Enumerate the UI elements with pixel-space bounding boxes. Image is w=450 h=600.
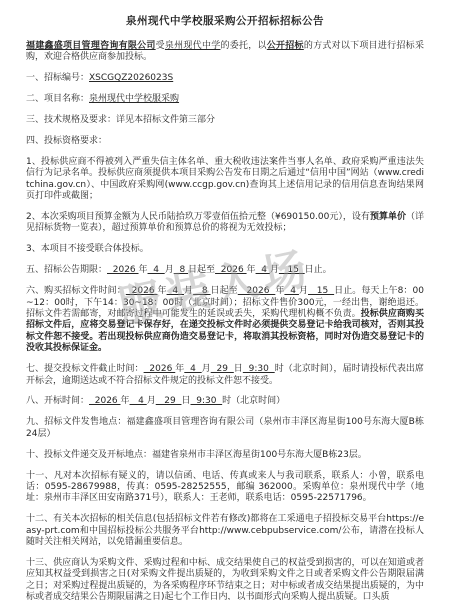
intro-paragraph: 福建鑫盛项目管理咨询有限公司受泉州现代中学的委托，以公开招标的方式对以下项目进行… <box>26 41 424 64</box>
text-segment: 4 <box>167 286 184 296</box>
text-segment: 年 <box>139 265 148 275</box>
text-segment: 福建鑫盛项目管理咨询有限公司 <box>26 41 156 51</box>
text-segment: 三、技术规格及要求：详见本招标文件第三部分 <box>26 115 215 125</box>
section-5-announcement-period: 五、招标公告期限： 2026 年 4 月 8 日起至 2026 年 4 月 15… <box>26 265 424 276</box>
text-segment: 2026 <box>238 286 276 296</box>
text-segment: 3、本项目不接受联合体投标。 <box>26 244 149 254</box>
text-segment: 日 <box>234 364 243 374</box>
text-segment: 日起至 <box>211 286 238 296</box>
text-segment: 月 <box>270 265 279 275</box>
text-segment: 一、招标编号： <box>26 73 89 83</box>
text-segment: 4 <box>256 265 270 275</box>
text-segment: 8 <box>174 265 188 275</box>
text-segment: 七、提交投标文件截止时间： <box>26 364 144 374</box>
section-8-opening-time: 八、开标时间： 2026 年 4 月 29 日 9:30 时（北京时间） <box>26 396 424 407</box>
text-segment: 4 <box>184 364 201 374</box>
text-segment: 日 <box>181 396 190 406</box>
section-13-objection: 十三、供应商认为采购文件、采购过程和中标、成交结果使自己的权益受到损害的，可以在… <box>26 558 424 600</box>
section-4-item-2: 2、本次采购项目预算金额为人民币陆拾玖万零壹佰伍拾元整（¥690150.00元）… <box>26 212 424 235</box>
text-segment: 4 <box>284 286 299 296</box>
text-segment: 四、投标资格要求： <box>26 136 107 146</box>
text-segment: 时（北京时间） <box>222 396 285 406</box>
text-segment: 9:30 <box>191 396 223 406</box>
text-segment: 受 <box>156 41 165 51</box>
text-segment: 月 <box>147 396 156 406</box>
text-segment: 二、项目名称： <box>26 94 89 104</box>
text-segment: 泉州现代中学 <box>165 41 221 51</box>
section-9-sale-location: 九、招标文件发售地点：福建鑫盛项目管理咨询有限公司（泉州市丰泽区海星街100号东… <box>26 417 424 440</box>
section-10-opening-location: 十、投标文件递交及开标地点：福建省泉州市丰泽区海星街100号东海大厦B栋23层。 <box>26 450 424 461</box>
text-segment: 29 <box>211 364 234 374</box>
document-page: 泉州现代中学校服采购公开招标招标公告 福建鑫盛项目管理咨询有限公司受泉州现代中学… <box>0 0 450 600</box>
text-segment: 六、购买招标文件时间： <box>26 286 126 296</box>
text-segment: 月 <box>165 265 174 275</box>
text-segment: 8 <box>193 286 210 296</box>
text-segment: 2026 <box>89 396 121 406</box>
section-6-purchase-time: 六、购买招标文件时间： 2026 年 4 月 8 日起至 2026 年 4 月 … <box>26 286 424 354</box>
section-3-specs: 三、技术规格及要求：详见本招标文件第三部分 <box>26 115 424 126</box>
section-2-project-name: 二、项目名称：泉州现代中学校服采购 <box>26 94 424 105</box>
text-segment: 日止。 <box>305 265 332 275</box>
text-segment: 1、投标供应商不得被列入严重失信主体名单、重大税收违法案件当事人名单、政府采购严… <box>26 157 424 201</box>
text-segment: 年 <box>175 364 184 374</box>
text-segment: 2、本次采购项目预算金额为人民币陆拾玖万零壹佰伍拾元整（¥690150.00元）… <box>26 212 370 222</box>
text-segment: 十一、凡对本次招标有疑义的，请以信函、电话、传真或来人与我司联系，联系人：小曾，… <box>26 471 424 504</box>
text-segment: 十三、供应商认为采购文件、采购过程和中标、成交结果使自己的权益受到损害的，可以在… <box>26 558 424 600</box>
text-segment: 十、投标文件递交及开标地点：福建省泉州市丰泽区海星街100号东海大厦B栋23层。 <box>26 450 367 460</box>
document-paragraphs: 福建鑫盛项目管理咨询有限公司受泉州现代中学的委托，以公开招标的方式对以下项目进行… <box>26 41 424 600</box>
text-segment: 九、招标文件发售地点：福建鑫盛项目管理咨询有限公司（泉州市丰泽区海星街100号东… <box>26 417 424 438</box>
section-12-platforms: 十二、有关本次招标的相关信息(包括招标文件若有修改)都将在工采通电子招投标交易平… <box>26 514 424 548</box>
text-segment: 年 <box>121 396 130 406</box>
section-4-item-1: 1、投标供应商不得被列入严重失信主体名单、重大税收违法案件当事人名单、政府采购严… <box>26 157 424 203</box>
text-segment: 4 <box>148 265 165 275</box>
text-segment: 15 <box>308 286 334 296</box>
text-segment: 五、招标公告期限： <box>26 265 107 275</box>
text-segment: 预算单价 <box>370 212 406 222</box>
section-7-submission-deadline: 七、提交投标文件截止时间： 2026 年 4 月 29 日 9:30 时（北京时… <box>26 364 424 387</box>
text-segment: 2026 <box>144 364 176 374</box>
text-segment: 年 <box>247 265 256 275</box>
text-segment: 日起至 <box>188 265 215 275</box>
text-segment: XSCGQZ2026023S <box>89 73 173 83</box>
text-segment: 八、开标时间： <box>26 396 89 406</box>
text-segment: 月 <box>202 364 211 374</box>
text-segment: 4 <box>130 396 147 406</box>
section-4-item-3: 3、本项目不接受联合体投标。 <box>26 244 424 255</box>
text-segment: 2026 <box>126 286 158 296</box>
text-segment: 15 <box>279 265 305 275</box>
text-segment: 的委托，以 <box>220 41 266 51</box>
section-11-contacts: 十一、凡对本次招标有疑义的，请以信函、电话、传真或来人与我司联系，联系人：小曾，… <box>26 471 424 505</box>
text-segment: 年 <box>157 286 166 296</box>
section-1-bid-number: 一、招标编号：XSCGQZ2026023S <box>26 73 424 84</box>
text-segment: 9:30 <box>243 364 275 374</box>
section-4-qualification: 四、投标资格要求： <box>26 136 424 147</box>
text-segment: 月 <box>184 286 193 296</box>
text-segment: 月 <box>299 286 308 296</box>
text-segment: 2026 <box>107 265 139 275</box>
text-segment: 2026 <box>215 265 247 275</box>
text-segment: 泉州现代中学校服采购 <box>89 94 179 104</box>
text-segment: 十二、有关本次招标的相关信息(包括招标文件若有修改)都将在工采通电子招投标交易平… <box>26 514 424 547</box>
page-title: 泉州现代中学校服采购公开招标招标公告 <box>26 13 424 28</box>
text-segment: 公开招标 <box>267 41 304 51</box>
text-segment: 29 <box>156 396 182 406</box>
